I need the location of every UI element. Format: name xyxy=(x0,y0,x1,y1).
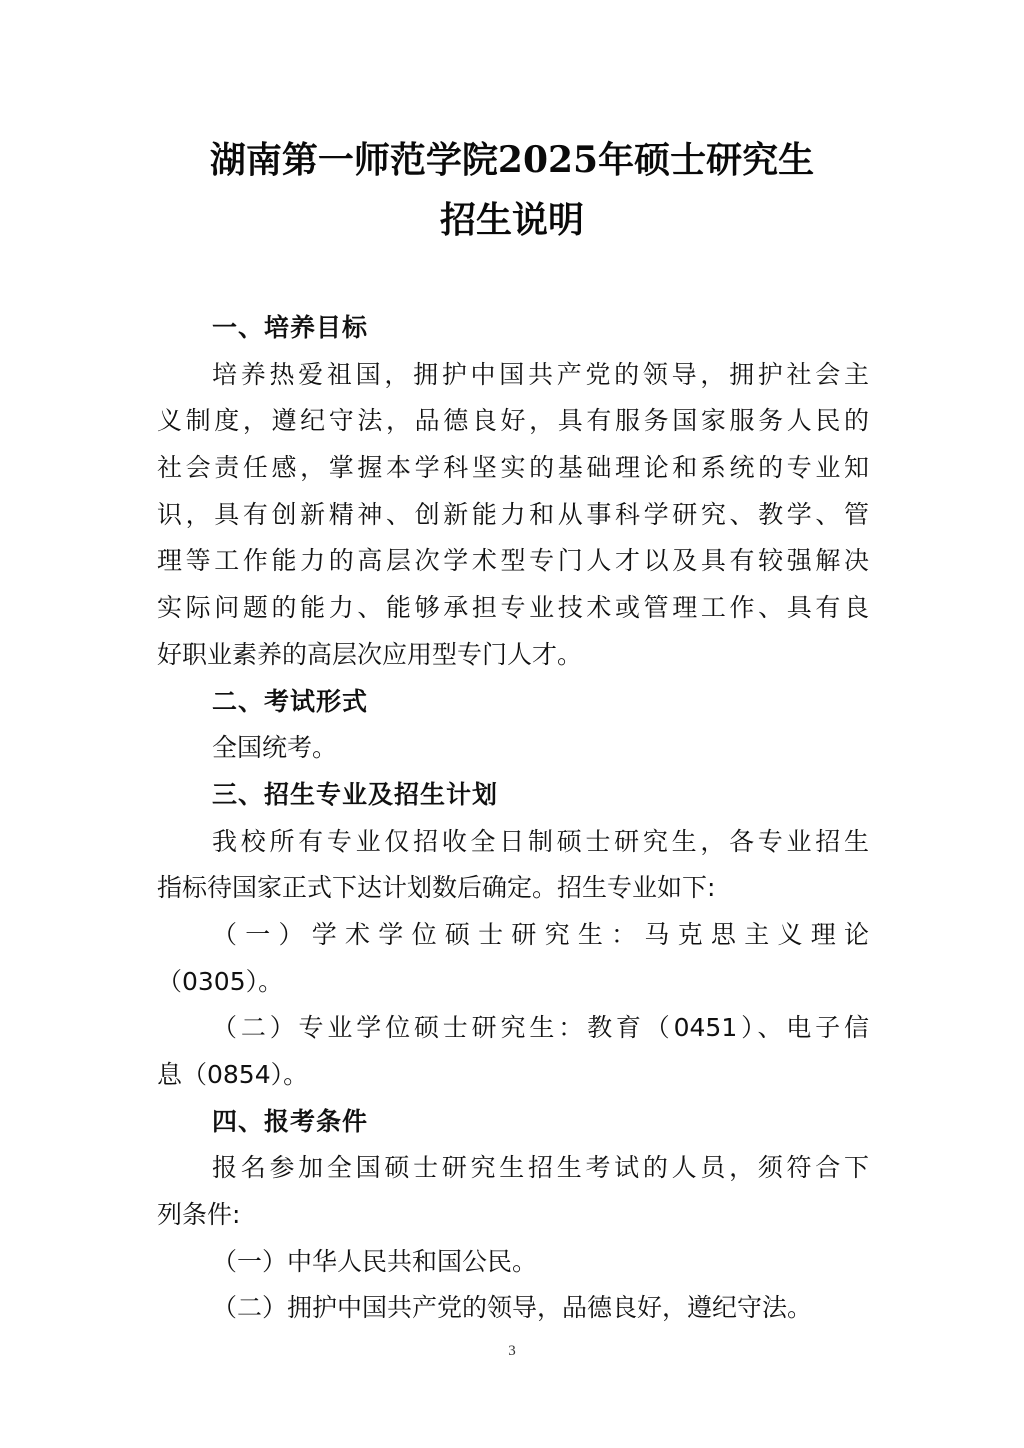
paragraph-line: 全国统考。 xyxy=(157,725,869,772)
document-page: 湖南第一师范学院2025年硕士研究生 招生说明 一、培养目标 培养热爱祖国，拥护… xyxy=(0,0,1024,1448)
paragraph-line: 好职业素养的高层次应用型专门人才。 xyxy=(157,632,869,679)
paragraph-line: 指标待国家正式下达计划数后确定。招生专业如下: xyxy=(157,865,869,912)
list-item-professional-degree: （二）专业学位硕士研究生：教育（0451）、电子信 xyxy=(157,1005,869,1052)
list-item-citizenship: （一）中华人民共和国公民。 xyxy=(157,1239,869,1286)
paragraph-line: 实际问题的能力、能够承担专业技术或管理工作、具有良 xyxy=(157,585,869,632)
document-subtitle: 招生说明 xyxy=(0,190,1024,250)
paragraph-line: 培养热爱祖国，拥护中国共产党的领导，拥护社会主 xyxy=(157,352,869,399)
list-item-conduct: （二）拥护中国共产党的领导，品德良好，遵纪守法。 xyxy=(157,1285,869,1332)
paragraph-line: 社会责任感，掌握本学科坚实的基础理论和系统的专业知 xyxy=(157,445,869,492)
section-heading-majors-and-plan: 三、招生专业及招生计划 xyxy=(157,772,869,819)
page-number: 3 xyxy=(0,1343,1024,1360)
paragraph-line: 理等工作能力的高层次学术型专门人才以及具有较强解决 xyxy=(157,538,869,585)
paragraph-line: 报名参加全国硕士研究生招生考试的人员，须符合下 xyxy=(157,1145,869,1192)
paragraph-line: 我校所有专业仅招收全日制硕士研究生，各专业招生 xyxy=(157,819,869,866)
section-heading-exam-format: 二、考试形式 xyxy=(157,679,869,726)
document-title: 湖南第一师范学院2025年硕士研究生 xyxy=(0,130,1024,190)
paragraph-line: 息（0854）。 xyxy=(157,1052,869,1099)
paragraph-line: 识，具有创新精神、创新能力和从事科学研究、教学、管 xyxy=(157,492,869,539)
list-item-academic-degree: （一）学术学位硕士研究生：马克思主义理论 xyxy=(157,912,869,959)
paragraph-line: 列条件: xyxy=(157,1192,869,1239)
document-body: 一、培养目标 培养热爱祖国，拥护中国共产党的领导，拥护社会主 义制度，遵纪守法，… xyxy=(157,305,869,1332)
paragraph-line: （0305）。 xyxy=(157,959,869,1006)
section-heading-eligibility: 四、报考条件 xyxy=(157,1099,869,1146)
section-heading-training-goals: 一、培养目标 xyxy=(157,305,869,352)
paragraph-line: 义制度，遵纪守法，品德良好，具有服务国家服务人民的 xyxy=(157,398,869,445)
